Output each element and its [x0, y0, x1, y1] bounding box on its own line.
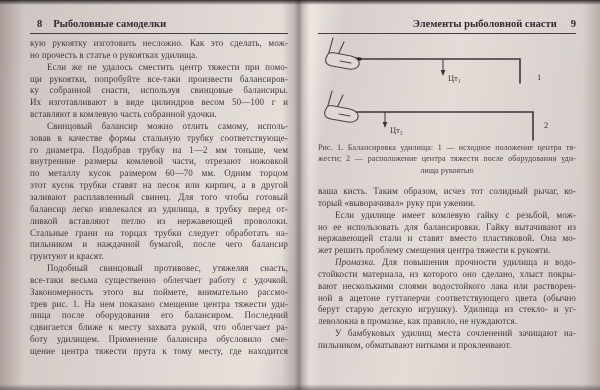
paragraph: Рис. 1. Балансировка удилища: 1 — исходн…	[318, 142, 576, 176]
text-line: леволокна в промазке, как правило, не ну…	[318, 316, 576, 328]
text-line: вставляют в комлевую часть собранной удо…	[30, 109, 288, 121]
cg-label-1: Цт1	[448, 73, 461, 85]
text-line: кую рукоятку изготовить несложно. Как эт…	[30, 38, 288, 50]
paragraph: Если удилище имеет комлевую гайку с резь…	[318, 210, 576, 257]
text-line: по металлу кусок размером 60—70 мм. Одни…	[30, 168, 288, 180]
text-line: берут старую детскую игрушку). Удилища и…	[318, 304, 576, 316]
figure-rod-balance: Цт1 1 Цт2 2	[318, 36, 576, 142]
text-line: пильником, обматывают нитками и проклеив…	[318, 340, 576, 352]
text-line: ваша кисть. Таким образом, исчез тот сол…	[318, 186, 576, 198]
text-line: все-таки весьма существенно облегчает ра…	[30, 275, 288, 287]
figure-svg: Цт1 1 Цт2 2	[318, 36, 576, 142]
paragraph: ваша кисть. Таким образом, исчез тот сол…	[318, 186, 576, 210]
text-line: жет решить проблему смещения центра тяже…	[318, 245, 576, 257]
text-line: Их изготавливают в виде цилиндров весом …	[30, 97, 288, 109]
left-page-header: 8 Рыболовные самоделки	[30, 19, 288, 34]
cg-arrowhead-1	[441, 70, 446, 76]
text-line: Свинцовый балансир можно отлить самому, …	[30, 121, 288, 133]
paragraph: Свинцовый балансир можно отлить самому, …	[30, 121, 288, 263]
text-line: грунтуют и красят.	[30, 251, 288, 263]
text-line: лища после оборудования его балансиром. …	[30, 310, 288, 322]
text-line: го диаметра. Подобрав трубку на 1—2 мм т…	[30, 145, 288, 157]
diagram-balanced-position: Цт2 2	[325, 91, 549, 140]
text-line: Если же не удалось сместить центр тяжест…	[30, 62, 288, 74]
text-line: Если удилище имеет комлевую гайку с резь…	[318, 210, 576, 222]
right-page-header: Элементы рыболовной снасти 9	[318, 19, 576, 34]
position-label-2: 2	[544, 120, 548, 130]
text-line: но ее использовать для балансировки. Гай…	[318, 222, 576, 234]
text-line: ливкой вставляют петлю из нержавеющей пр…	[30, 216, 288, 228]
text-line: У бамбуковых удилищ места сочленений зач…	[318, 328, 576, 340]
text-line: вают несколькими слоями водостойкого лак…	[318, 281, 576, 293]
text-line: Подобный свинцовый противовес, утяжеляя …	[30, 263, 288, 275]
paragraph: Промазка. Для повышения прочности удилищ…	[318, 257, 576, 328]
diagram-initial-position: Цт1 1	[326, 38, 542, 85]
paragraph: Если же не удалось сместить центр тяжест…	[30, 62, 288, 121]
paragraph: кую рукоятку изготовить несложно. Как эт…	[30, 38, 288, 62]
text-line: боту удилищем. Применение балансира обус…	[30, 334, 288, 346]
right-page-number: 9	[571, 19, 576, 30]
right-running-title: Элементы рыболовной снасти	[413, 19, 557, 30]
text-line: ной в ацетоне гуттаперчи соответствующег…	[318, 293, 576, 305]
text-line: Рис. 1. Балансировка удилища: 1 — исходн…	[318, 142, 576, 153]
paragraph: У бамбуковых удилищ места сочленений зач…	[318, 328, 576, 352]
book-scan: 8 Рыболовные самоделки кую рукоятку изго…	[0, 0, 600, 390]
text-line: Стальные грани на торцах трубки следует …	[30, 228, 288, 240]
left-running-title: Рыболовные самоделки	[53, 19, 166, 30]
hand-sketch-2	[325, 91, 359, 122]
text-line: Промазка. Для повышения прочности удилищ…	[318, 257, 576, 269]
text-line: жести; 2 — расположение центра тяжести п…	[318, 153, 576, 164]
text-line: но прочесть в статье о рукоятках удилища…	[30, 50, 288, 62]
text-line: сдвигается ближе к месту захвата рукой, …	[30, 322, 288, 334]
text-line: балансир легко извлекался из удилища, в …	[30, 204, 288, 216]
rod-line-1	[348, 59, 520, 83]
position-label-1: 1	[537, 72, 541, 82]
text-line: лища рукоятью	[318, 165, 576, 176]
text-line: нержавеющей стали и ставят вместо пласти…	[318, 233, 576, 245]
cg-label-2: Цт2	[390, 125, 403, 137]
text-line: Закономерность этого вы поймете, внимате…	[30, 287, 288, 299]
text-line: щи рукоятки, попробуйте все-таки произве…	[30, 74, 288, 86]
text-line: трев рис. 1. На нем показано смещение це…	[30, 299, 288, 311]
figure-caption: Рис. 1. Балансировка удилища: 1 — исходн…	[318, 142, 576, 176]
paragraph: Подобный свинцовый противовес, утяжеляя …	[30, 263, 288, 358]
cg-arrowhead-2	[383, 122, 388, 128]
text-line: заливают расплавленный свинец. Для того …	[30, 192, 288, 204]
text-line: зовав в качестве формы стальную трубку с…	[30, 133, 288, 145]
text-line: ку собранной снасти, используя свинцовые…	[30, 85, 288, 97]
text-line: торый «выворачивал» руку при ужении.	[318, 198, 576, 210]
text-line: внутренние размеры комлевой части, отрез…	[30, 156, 288, 168]
left-page-body: кую рукоятку изготовить несложно. Как эт…	[30, 38, 288, 358]
text-line: пильником и наждачной бумагой, после чег…	[30, 239, 288, 251]
left-page-number: 8	[37, 19, 42, 30]
rod-line-2	[348, 112, 533, 140]
hand-sketch-1	[326, 38, 360, 69]
right-page-body: ваша кисть. Таким образом, исчез тот сол…	[318, 186, 576, 352]
text-line: стойкости материала, из которого оно сде…	[318, 269, 576, 281]
text-line: щение центра тяжести прута к тому месту,…	[30, 346, 288, 358]
text-line: этот кусок трубки ставят на песок или ки…	[30, 180, 288, 192]
